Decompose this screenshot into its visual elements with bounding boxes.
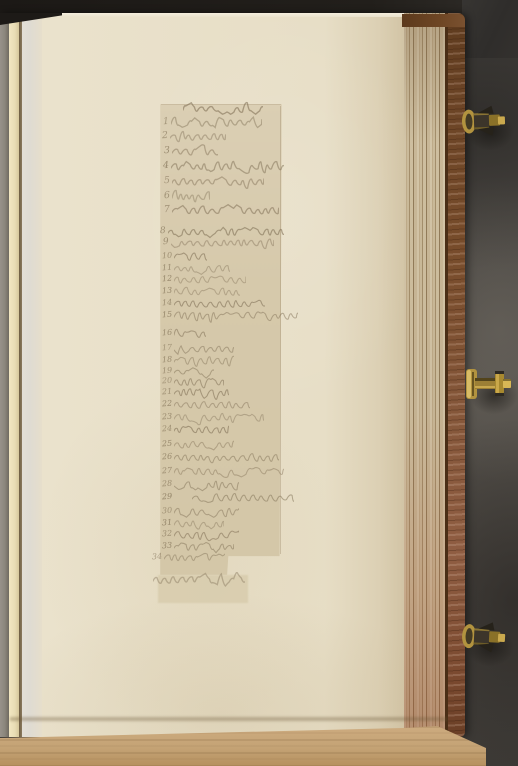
cover-top-corner	[402, 14, 465, 27]
manuscript-line: 34	[152, 550, 225, 566]
line-number: 2	[162, 129, 169, 143]
top-clasp	[459, 100, 510, 144]
illegible-handwriting-stroke	[174, 422, 229, 438]
line-number: 15	[162, 308, 173, 323]
underlying-page-edge	[0, 13, 9, 737]
manuscript-line: 4	[163, 159, 284, 175]
line-number: 26	[162, 450, 173, 465]
illegible-handwriting-stroke	[172, 144, 218, 160]
page-curl-highlight	[22, 13, 42, 737]
page-bottom-shadow	[10, 717, 447, 721]
illegible-handwriting-stroke	[170, 129, 226, 145]
line-number: 16	[162, 326, 173, 341]
manuscript-line: 2	[162, 129, 226, 145]
line-number: 34	[152, 550, 163, 565]
background-top-right	[456, 0, 518, 58]
line-number: 29	[162, 490, 173, 505]
previous-page-edge	[9, 13, 19, 737]
fore-edge-page-block	[404, 13, 447, 737]
illegible-handwriting-stroke	[172, 203, 279, 219]
line-number: 9	[163, 235, 170, 249]
line-number: 4	[163, 159, 170, 173]
manuscript-line: 7	[164, 203, 279, 219]
illegible-handwriting-stroke	[174, 308, 298, 324]
line-number: 3	[164, 144, 171, 158]
open-book: 1234567891011121314151617181920212223242…	[0, 13, 465, 737]
illegible-handwriting-stroke	[174, 326, 206, 342]
bottom-clasp	[459, 616, 511, 661]
illegible-handwriting-stroke	[164, 550, 225, 566]
manuscript-line: 3	[164, 144, 218, 160]
line-number: 1	[163, 115, 170, 129]
manuscript-line: 5	[164, 174, 264, 190]
middle-clasp	[464, 365, 514, 407]
line-number: 6	[164, 189, 171, 203]
manuscript-line: 16	[162, 326, 206, 342]
manuscript-line: 24	[162, 422, 229, 438]
line-number: 24	[162, 422, 173, 437]
page-top-edge	[22, 13, 447, 17]
line-number: 5	[164, 174, 171, 188]
illegible-handwriting-stroke	[171, 159, 284, 175]
line-number: 7	[164, 203, 171, 217]
illegible-handwriting-stroke	[153, 572, 245, 588]
manuscript-flourish-line	[153, 572, 245, 588]
illegible-handwriting-stroke	[172, 174, 264, 190]
manuscript-line: 15	[162, 308, 298, 324]
photograph-of-open-manuscript-book: 1234567891011121314151617181920212223242…	[0, 0, 518, 766]
